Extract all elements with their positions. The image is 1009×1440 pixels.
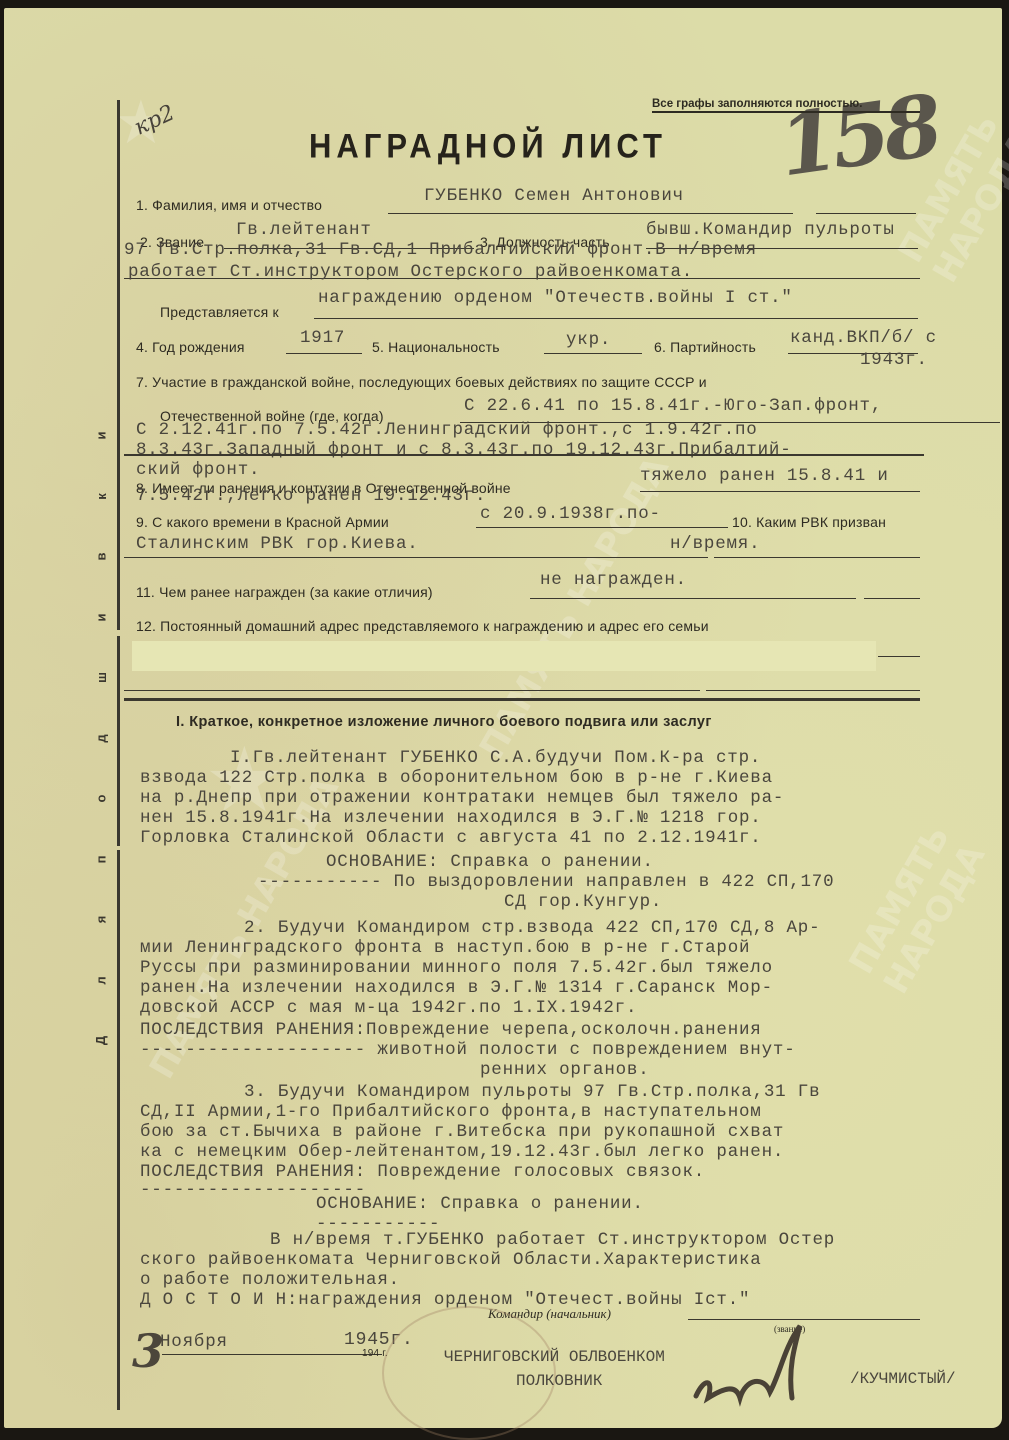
narrative-line: Руссы при разминировании минного поля 7.… [140, 958, 773, 978]
war-participation-line4: ский фронт. [136, 460, 260, 480]
wounds-value-line1: тяжело ранен 15.8.41 и [640, 466, 889, 486]
binding-margin-label: Д л я п о д ш и в к и [86, 428, 116, 1048]
narrative-line: ского райвоенкомата Черниговской Области… [140, 1250, 762, 1270]
war-participation-line2: С 2.12.41г.по 7.5.42г.Ленинградский фрон… [136, 420, 758, 440]
wounds-value-line2: 7.5.42г.,легко ранен 19.12.43г. [136, 486, 486, 506]
narrative-line: на р.Днепр при отражении контратаки немц… [140, 788, 784, 808]
narrative-line: 3. Будучи Командиром пульроты 97 Гв.Стр.… [244, 1082, 820, 1102]
handwritten-signature [684, 1318, 814, 1414]
field-7-label-line1: 7. Участие в гражданской войне, последую… [136, 374, 707, 390]
presented-for-label: Представляется к [160, 304, 279, 320]
position-value-line2: 97 Гв.Стр.полка,31 Гв.СД,1 Прибалтийский… [124, 240, 757, 260]
award-sheet: ★ ПАМЯТЬ НАРОДА ПАМЯТЬ НАРОДА ПАМЯТЬ НАР… [4, 8, 1002, 1428]
binding-margin-line [117, 636, 120, 846]
redacted-address [132, 641, 876, 671]
signer-office: ЧЕРНИГОВСКИЙ ОБЛВОЕНКОМ [444, 1348, 665, 1366]
rank-value: Гв.лейтенант [236, 220, 372, 240]
narrative-line: ренних органов. [480, 1060, 650, 1080]
full-name-value: ГУБЕНКО Семен Антонович [424, 186, 684, 206]
narrative-line: мии Ленинградского фронта в наступ.бою в… [140, 938, 750, 958]
narrative-line: СД гор.Кунгур. [504, 892, 662, 912]
narrative-line: ОСНОВАНИЕ: Справка о ранении. [316, 1194, 644, 1214]
date-month-value: Ноября [160, 1332, 228, 1352]
field-10-label: 10. Каким РВК призван [732, 514, 886, 530]
birth-year-value: 1917 [300, 328, 345, 348]
narrative-line: В н/время т.ГУБЕНКО работает Ст.инструкт… [270, 1230, 835, 1250]
narrative-line: ----------- По выздоровлении направлен в… [258, 872, 834, 892]
narrative-line: о работе положительная. [140, 1270, 400, 1290]
narrative-line: ранен.На излечении находился в Э.Г.№ 131… [140, 978, 773, 998]
signer-name: /КУЧМИСТЫЙ/ [850, 1370, 956, 1388]
narrative-line: ПОСЛЕДСТВИЯ РАНЕНИЯ: Повреждение голосов… [140, 1162, 705, 1182]
field-6-label: 6. Партийность [654, 339, 756, 355]
presented-for-value: награждению орденом "Отечеств.войны I ст… [318, 288, 793, 308]
handwritten-note: кр2 [131, 100, 179, 140]
narrative-line: взвода 122 Стр.полка в оборонительном бо… [140, 768, 773, 788]
handwritten-record-number: 158 [773, 76, 943, 196]
draft-office-value-line2: н/время. [670, 534, 760, 554]
binding-margin-line [117, 100, 120, 630]
narrative-heading: I. Краткое, конкретное изложение личного… [176, 714, 712, 730]
field-5-label: 5. Национальность [372, 339, 500, 355]
field-11-label: 11. Чем ранее награжден (за какие отличи… [136, 584, 433, 600]
position-value-line1: бывш.Командир пульроты [646, 220, 895, 240]
draft-office-value-line1: Сталинским РВК гор.Киева. [136, 534, 419, 554]
field-9-label: 9. С какого времени в Красной Армии [136, 514, 389, 530]
narrative-line: I.Гв.лейтенант ГУБЕНКО С.А.будучи Пом.К-… [230, 748, 761, 768]
narrative-line: бою за ст.Бычиха в районе г.Витебска при… [140, 1122, 784, 1142]
narrative-line: Горловка Сталинской Области с августа 41… [140, 828, 762, 848]
party-value-line1: канд.ВКП/б/ с [790, 328, 937, 348]
narrative-line: довской АССР с мая м-ца 1942г.по 1.IX.19… [140, 998, 637, 1018]
field-4-label: 4. Год рождения [136, 339, 245, 355]
prior-awards-value: не награжден. [540, 570, 687, 590]
watermark-text: ПАМЯТЬ НАРОДА [841, 815, 994, 1000]
narrative-line: -------------------- животной полости с … [140, 1040, 796, 1060]
narrative-line: СД,II Армии,1-го Прибалтийского фронта,в… [140, 1102, 762, 1122]
binding-margin-line [117, 850, 120, 1410]
document-title: НАГРАДНОЙ ЛИСТ [309, 126, 667, 166]
narrative-line: 2. Будучи Командиром стр.взвода 422 СП,1… [244, 918, 820, 938]
narrative-line: нен 15.8.1941г.На излечении находился в … [140, 808, 762, 828]
fill-all-fields-notice: Все графы заполняются полностью. [652, 98, 920, 113]
war-participation-line3: 8.3.43г.Западный фронт и с 8.3.43г.по 19… [136, 440, 792, 460]
narrative-line: ПОСЛЕДСТВИЯ РАНЕНИЯ:Повреждение черепа,о… [140, 1020, 762, 1040]
party-value-line2: 1943г. [860, 350, 928, 370]
position-value-line3: работает Ст.инструктором Остерского райв… [128, 262, 693, 282]
army-since-value: с 20.9.1938г.по- [480, 504, 661, 524]
signer-rank: ПОЛКОВНИК [516, 1372, 602, 1390]
narrative-line: ка с немецким Обер-лейтенантом,19.12.43г… [140, 1142, 784, 1162]
war-participation-line1: С 22.6.41 по 15.8.41г.-Юго-Зап.фронт, [464, 396, 882, 416]
narrative-line: ОСНОВАНИЕ: Справка о ранении. [326, 852, 654, 872]
field-12-label: 12. Постоянный домашний адрес представля… [136, 618, 709, 634]
nationality-value: укр. [566, 330, 611, 350]
narrative-line: Д О С Т О И Н:награждения орденом "Отече… [140, 1290, 750, 1310]
field-1-label: 1. Фамилия, имя и отчество [136, 197, 322, 213]
